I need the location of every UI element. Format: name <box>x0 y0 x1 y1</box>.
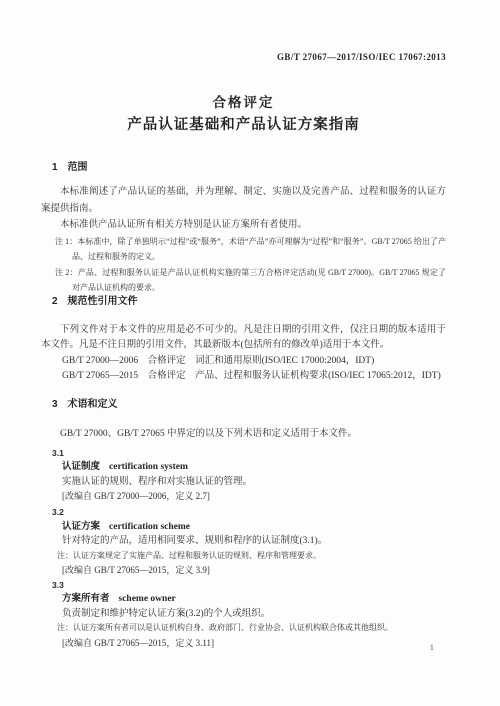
term-source: [改编自 GB/T 27065—2015，定义 3.11] <box>62 636 446 651</box>
term-definition: 实施认证的规则、程序和对实施认证的管理。 <box>62 475 446 490</box>
document-title-line1: 合格评定 <box>41 95 446 110</box>
reference-item: GB/T 27065—2015 合格评定 产品、过程和服务认证机构要求(ISO/… <box>62 369 446 385</box>
term-name: 认证制度certification system <box>62 460 446 475</box>
term-name-chinese: 认证制度 <box>62 461 100 472</box>
term-note: 注：认证方案所有者可以是认证机构自身、政府部门、行业协会、认证机构联合体或其他组… <box>57 621 446 636</box>
document-title-line2: 产品认证基础和产品认证方案指南 <box>41 117 446 133</box>
term-source: [改编自 GB/T 27065—2015，定义 3.9] <box>62 563 446 578</box>
term-name-english: certification scheme <box>109 522 190 532</box>
term-note: 注：认证方案规定了实施产品、过程和服务认证的规则、程序和管理要求。 <box>57 549 446 564</box>
terms-intro: GB/T 27000、GB/T 27065 中界定的以及下列术语和定义适用于本文… <box>41 427 446 442</box>
reference-item: GB/T 27000—2006 合格评定 词汇和通用原则(ISO/IEC 170… <box>62 354 446 370</box>
term-name: 方案所有者scheme owner <box>62 592 446 607</box>
term-entry-3-1: 3.1 认证制度certification system 实施认证的规则、程序和… <box>41 446 446 504</box>
section-heading-scope: 1 范围 <box>52 162 446 174</box>
section-heading-terms: 3 术语和定义 <box>52 399 446 411</box>
term-number: 3.3 <box>52 578 446 593</box>
term-name-chinese: 认证方案 <box>62 521 100 532</box>
term-name-english: scheme owner <box>119 594 176 604</box>
scope-paragraph-1: 本标准阐述了产品认证的基础，并为理解、制定、实施以及完善产品、过程和服务的认证方… <box>41 184 446 217</box>
page-number: 1 <box>430 642 434 652</box>
term-entry-3-3: 3.3 方案所有者scheme owner 负责制定和维护特定认证方案(3.2)… <box>41 578 446 651</box>
standard-document-page: GB/T 27067—2017/ISO/IEC 17067:2013 合格评定 … <box>0 0 500 706</box>
page-content: GB/T 27067—2017/ISO/IEC 17067:2013 合格评定 … <box>41 0 446 650</box>
term-name-english: certification system <box>109 462 188 472</box>
scope-note-2: 注 2：产品、过程和服务认证是产品认证机构实施的第三方合格评定活动(见 GB/T… <box>55 265 446 296</box>
standard-code-header: GB/T 27067—2017/ISO/IEC 17067:2013 <box>41 52 446 62</box>
scope-note-1: 注 1：本标准中，除了单独明示“过程”或“服务”，术语“产品”亦可理解为“过程”… <box>55 234 446 265</box>
term-definition: 负责制定和维护特定认证方案(3.2)的个人或组织。 <box>62 607 446 622</box>
term-source: [改编自 GB/T 27000—2006，定义 2.7] <box>62 489 446 504</box>
term-entry-3-2: 3.2 认证方案certification scheme 针对特定的产品，适用相… <box>41 505 446 578</box>
term-name-chinese: 方案所有者 <box>62 593 110 604</box>
section-heading-normative-references: 2 规范性引用文件 <box>52 296 446 308</box>
term-definition: 针对特定的产品，适用相同要求、规则和程序的认证制度(3.1)。 <box>62 534 446 549</box>
term-number: 3.2 <box>52 505 446 520</box>
scope-paragraph-2: 本标准供产品认证所有相关方特别是认证方案所有者使用。 <box>41 217 446 234</box>
references-intro: 下列文件对于本文件的应用是必不可少的。凡是注日期的引用文件，仅注日期的版本适用于… <box>41 323 446 354</box>
term-name: 认证方案certification scheme <box>62 520 446 535</box>
term-number: 3.1 <box>52 446 446 461</box>
